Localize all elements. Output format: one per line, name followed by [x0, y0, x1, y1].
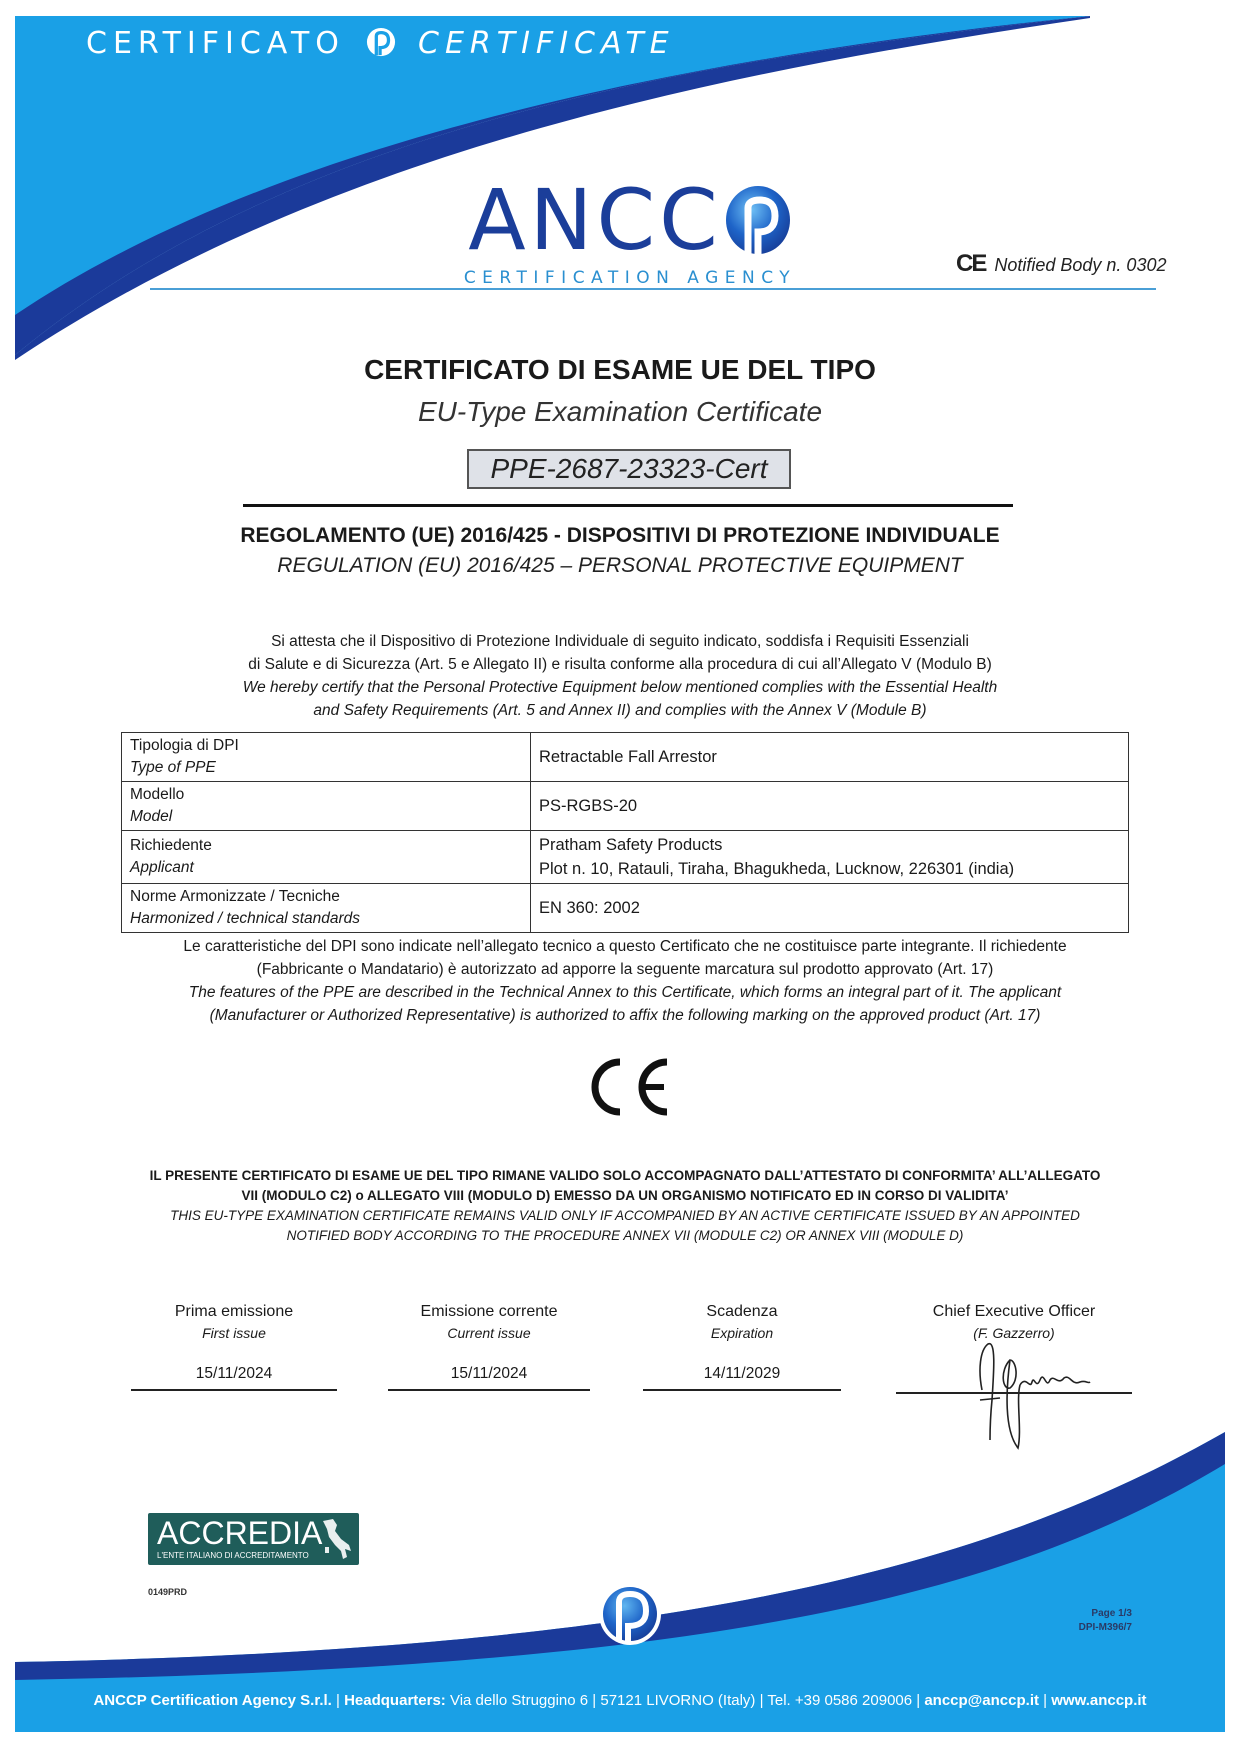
expiration-label-en: Expiration	[643, 1325, 841, 1341]
footer: ANCCP Certification Agency S.r.l. | Head…	[0, 1692, 1240, 1709]
features-it-line2: (Fabbricante o Mandatario) è autorizzato…	[110, 958, 1140, 981]
label-it: Norme Armonizzate / Tecniche	[130, 886, 522, 908]
first-issue-date: 15/11/2024	[131, 1365, 337, 1383]
type-of-ppe-value: Retractable Fall Arrestor	[531, 733, 1129, 782]
row-label: Modello Model	[122, 782, 531, 831]
features-en-line2: (Manufacturer or Authorized Representati…	[110, 1004, 1140, 1027]
first-issue: Prima emissione First issue 15/11/2024	[131, 1303, 337, 1391]
applicant-value: Pratham Safety Products Plot n. 10, Rata…	[531, 831, 1129, 884]
row-label: Tipologia di DPI Type of PPE	[122, 733, 531, 782]
header-title: CERTIFICATO CERTIFICATE	[86, 26, 675, 61]
validity-en-line2: NOTIFIED BODY ACCORDING TO THE PROCEDURE…	[130, 1226, 1120, 1246]
value-line1: EN 360: 2002	[539, 896, 1120, 920]
value-line1: Pratham Safety Products	[539, 833, 1120, 857]
notified-body-text: Notified Body n. 0302	[994, 255, 1166, 275]
page-number: Page 1/3	[1050, 1607, 1132, 1621]
expiration-date: 14/11/2029	[643, 1365, 841, 1383]
signatory-role: Chief Executive Officer	[896, 1303, 1132, 1321]
row-label: Richiedente Applicant	[122, 831, 531, 884]
label-en: Model	[130, 806, 522, 828]
current-issue-label-en: Current issue	[388, 1325, 590, 1341]
ce-marking-icon	[580, 1052, 680, 1122]
footer-address: Via dello Struggino 6 | 57121 LIVORNO (I…	[450, 1692, 920, 1709]
attestation-en-line1: We hereby certify that the Personal Prot…	[160, 676, 1080, 699]
certificate-title-it: CERTIFICATO DI ESAME UE DEL TIPO	[0, 354, 1240, 386]
accredia-tagline: L'ENTE ITALIANO DI ACCREDITAMENTO	[157, 1551, 309, 1560]
features-en-line1: The features of the PPE are described in…	[110, 981, 1140, 1004]
accredia-name: ACCREDIA	[157, 1515, 322, 1552]
label-it: Modello	[130, 784, 522, 806]
table-row: Modello Model PS-RGBS-20	[122, 782, 1129, 831]
regulation-en: REGULATION (EU) 2016/425 – PERSONAL PROT…	[0, 554, 1240, 578]
signature-icon	[960, 1330, 1100, 1450]
footer-website-link[interactable]: www.anccp.it	[1051, 1692, 1146, 1709]
header-title-it: CERTIFICATO	[86, 26, 345, 61]
label-en: Harmonized / technical standards	[130, 908, 522, 930]
value-line2: Plot n. 10, Ratauli, Tiraha, Bhagukheda,…	[539, 857, 1120, 881]
document-code: DPI-M396/7	[1050, 1621, 1132, 1635]
label-it: Tipologia di DPI	[130, 735, 522, 757]
signature-line	[643, 1389, 841, 1391]
accreditation-code: 0149PRD	[148, 1587, 187, 1597]
value-line1: Retractable Fall Arrestor	[539, 745, 1120, 769]
table-row: Richiedente Applicant Pratham Safety Pro…	[122, 831, 1129, 884]
table-row: Norme Armonizzate / Tecniche Harmonized …	[122, 884, 1129, 933]
header-title-en: CERTIFICATE	[418, 26, 675, 61]
certificate-details-table: Tipologia di DPI Type of PPE Retractable…	[121, 732, 1129, 933]
italy-map-icon	[319, 1517, 353, 1561]
page-info: Page 1/3 DPI-M396/7	[1050, 1607, 1132, 1635]
signature-line	[388, 1389, 590, 1391]
attestation-text: Si attesta che il Dispositivo di Protezi…	[160, 630, 1080, 722]
features-it-line1: Le caratteristiche del DPI sono indicate…	[110, 935, 1140, 958]
attestation-it-line1: Si attesta che il Dispositivo di Protezi…	[160, 630, 1080, 653]
validity-it-line1: IL PRESENTE CERTIFICATO DI ESAME UE DEL …	[130, 1166, 1120, 1186]
validity-it-line2: VII (MODULO C2) o ALLEGATO VIII (MODULO …	[130, 1186, 1120, 1206]
header-divider	[150, 288, 1156, 290]
footer-hq-label: Headquarters:	[344, 1692, 446, 1709]
first-issue-label-it: Prima emissione	[131, 1303, 337, 1321]
label-en: Type of PPE	[130, 757, 522, 779]
expiration: Scadenza Expiration 14/11/2029	[643, 1303, 841, 1391]
certificate-title-en: EU-Type Examination Certificate	[0, 396, 1240, 428]
label-it: Richiedente	[130, 835, 522, 857]
notified-body: CE Notified Body n. 0302	[956, 250, 1166, 278]
anccp-p-logo-icon	[724, 184, 792, 256]
model-value: PS-RGBS-20	[531, 782, 1129, 831]
row-label: Norme Armonizzate / Tecniche Harmonized …	[122, 884, 531, 933]
features-text: Le caratteristiche del DPI sono indicate…	[110, 935, 1140, 1027]
anccp-logo: ANCC CERTIFICATION AGENCY	[460, 178, 800, 288]
signature-line	[131, 1389, 337, 1391]
attestation-it-line2: di Salute e di Sicurezza (Art. 5 e Alleg…	[160, 653, 1080, 676]
brand-subtitle: CERTIFICATION AGENCY	[460, 268, 800, 288]
footer-company: ANCCP Certification Agency S.r.l.	[93, 1692, 331, 1709]
footer-email-link[interactable]: anccp@anccp.it	[924, 1692, 1039, 1709]
first-issue-label-en: First issue	[131, 1325, 337, 1341]
certificate-number: PPE-2687-23323-Cert	[467, 449, 791, 489]
expiration-label-it: Scadenza	[643, 1303, 841, 1321]
current-issue-date: 15/11/2024	[388, 1365, 590, 1383]
current-issue: Emissione corrente Current issue 15/11/2…	[388, 1303, 590, 1391]
brand-name: ANCC	[468, 178, 722, 262]
label-en: Applicant	[130, 857, 522, 879]
ce-mark-small: CE	[956, 250, 985, 277]
validity-en-line1: THIS EU-TYPE EXAMINATION CERTIFICATE REM…	[130, 1206, 1120, 1226]
anccp-p-logo-icon	[599, 1583, 661, 1645]
regulation-it: REGOLAMENTO (UE) 2016/425 - DISPOSITIVI …	[0, 524, 1240, 548]
table-row: Tipologia di DPI Type of PPE Retractable…	[122, 733, 1129, 782]
current-issue-label-it: Emissione corrente	[388, 1303, 590, 1321]
value-line1: PS-RGBS-20	[539, 794, 1120, 818]
accredia-logo: ACCREDIA L'ENTE ITALIANO DI ACCREDITAMEN…	[148, 1513, 359, 1565]
attestation-en-line2: and Safety Requirements (Art. 5 and Anne…	[160, 699, 1080, 722]
validity-notice: IL PRESENTE CERTIFICATO DI ESAME UE DEL …	[130, 1166, 1120, 1246]
standards-value: EN 360: 2002	[531, 884, 1129, 933]
anccp-p-logo-icon	[366, 27, 396, 57]
title-divider	[243, 504, 1013, 507]
